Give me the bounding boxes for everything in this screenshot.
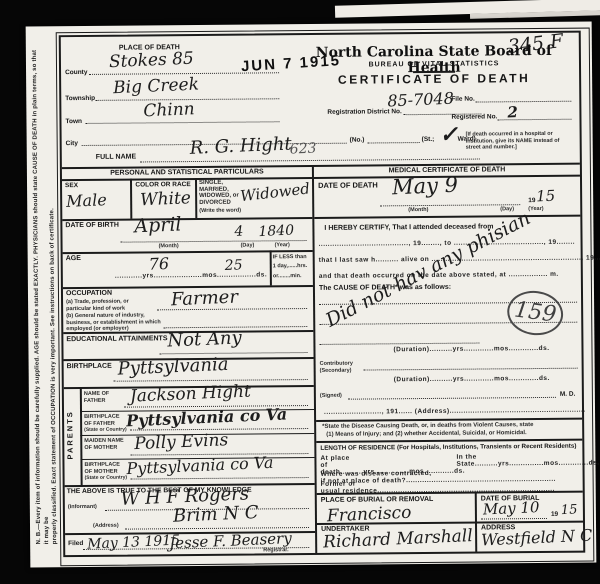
personal-section-title: PERSONAL AND STATISTICAL PARTICULARS xyxy=(62,168,312,178)
township-value: Big Creek xyxy=(113,74,200,98)
certify-top-rule xyxy=(314,215,580,219)
dob-year-caption: (Year) xyxy=(275,242,290,248)
occupation-a-label: (a) Trade, profession, or particular kin… xyxy=(66,298,154,312)
dob-label: DATE OF BIRTH xyxy=(65,222,119,230)
dod-line xyxy=(380,203,520,206)
sex-label: SEX xyxy=(65,182,78,190)
filed-label: Filed xyxy=(68,540,83,548)
address-191-line: ........................., 191...... (Ad… xyxy=(324,407,586,416)
city-no-marker: (No.) xyxy=(350,137,365,145)
registrar-label: Registrar. xyxy=(263,547,288,554)
father-bp-sub: (State or Country) xyxy=(84,427,127,434)
county-label: County xyxy=(65,69,87,77)
cause-code-pencil: 159 xyxy=(505,288,566,339)
mother-bp-value: Pyttsylvania co Va xyxy=(126,453,274,478)
dod-year-caption: (Year) xyxy=(528,206,543,212)
father-name-label: NAME OF FATHER xyxy=(84,391,122,404)
color-divider xyxy=(195,178,197,218)
burial-year-print: 19 xyxy=(551,511,558,519)
mother-bp-label: BIRTHPLACE OF MOTHER xyxy=(84,462,128,475)
cause-line-3 xyxy=(319,342,479,345)
full-name-value: R. G. Hight xyxy=(189,133,292,158)
one-day-label: 1 day,......hrs. xyxy=(273,263,308,270)
age-top-rule xyxy=(63,250,313,254)
dob-year-value: 1840 xyxy=(258,223,294,241)
sex-value: Male xyxy=(66,190,107,211)
informant-label: (Informant) xyxy=(68,504,97,511)
secondary-label: (Secondary) xyxy=(320,368,352,375)
if-less-divider xyxy=(270,250,272,285)
town-value: Chinn xyxy=(143,99,195,121)
occupation-b-label: (b) General nature of industry, business… xyxy=(66,312,162,332)
occupation-a-value: Farmer xyxy=(171,286,239,310)
residence-title: LENGTH OF RESIDENCE (For Hospitals, Inst… xyxy=(320,443,576,453)
file-no-line xyxy=(475,100,571,103)
dob-day-caption: (Day) xyxy=(241,242,255,248)
dob-month-caption: (Month) xyxy=(159,243,179,249)
informant-address-label: (Address) xyxy=(93,523,119,530)
dod-month-caption: (Month) xyxy=(408,207,428,213)
city-st-marker: (St.; xyxy=(422,136,435,144)
duration1: (Duration)..........yrs.............mos.… xyxy=(393,345,549,353)
education-line xyxy=(159,351,307,354)
burial-date-value: May 10 xyxy=(483,498,540,518)
contributory-label: Contributory xyxy=(320,361,353,368)
undertaker-address-value: Westfield N C xyxy=(481,526,593,550)
signed-label: (Signed) xyxy=(320,393,342,400)
town-label: Town xyxy=(65,118,82,126)
father-bp-label: BIRTHPLACE OF FATHER xyxy=(84,414,128,427)
county-value: Stokes 85 xyxy=(109,49,195,73)
file-no-label: File No. xyxy=(451,96,475,104)
mother-name-label: MAIDEN NAME OF MOTHER xyxy=(84,438,128,451)
occupation-label: OCCUPATION xyxy=(66,290,112,298)
form-border: PLACE OF DEATH JUN 7 1915 345 F County S… xyxy=(56,28,595,567)
dob-top-rule xyxy=(62,217,312,221)
certify-line1: I HEREBY CERTIFY, That I attended deceas… xyxy=(324,223,493,232)
death-certificate-document: N. B.—Every item of information should b… xyxy=(26,22,597,568)
township-label: Township xyxy=(65,95,95,103)
mother-name-value: Polly Evins xyxy=(134,430,229,454)
registered-no-value: 2 xyxy=(507,103,518,121)
dod-day-caption: (Day) xyxy=(500,206,514,212)
dob-day-value: 4 xyxy=(234,223,244,239)
town-line xyxy=(85,120,279,124)
duration2: (Duration)..........yrs.............mos.… xyxy=(394,375,550,383)
full-name-label: FULL NAME xyxy=(96,154,136,162)
birthplace-label: BIRTHPLACE xyxy=(67,363,112,371)
if-less-label: IF LESS than xyxy=(273,254,307,261)
age-days-value: 25 xyxy=(224,257,243,274)
age-label: AGE xyxy=(66,255,81,263)
md-label: M. D. xyxy=(560,391,576,399)
or-min-label: or........min. xyxy=(273,273,302,280)
marital-sub: (Write the word) xyxy=(199,208,241,215)
age-years-value: 76 xyxy=(148,254,169,274)
father-name-value: Jackson Hight xyxy=(129,381,251,406)
birthplace-line xyxy=(114,378,308,382)
registered-no-label: Registered No. xyxy=(451,113,497,121)
burial-year-value: 15 xyxy=(561,502,578,518)
residence-top-rule xyxy=(316,439,582,443)
dod-label: DATE OF DEATH xyxy=(318,181,378,189)
certificate-title: CERTIFICATE OF DEATH xyxy=(289,75,579,85)
footnote-top-rule xyxy=(316,418,582,422)
city-label: City xyxy=(66,140,78,148)
color-value: White xyxy=(140,188,192,210)
dod-year-value: 15 xyxy=(536,187,556,206)
footnote-line2: (1) Means of Injury; and (2) whether Acc… xyxy=(326,430,576,439)
dob-month-value: April xyxy=(134,213,182,237)
reg-district-value: 85-7048 xyxy=(387,89,454,111)
education-value: Not Any xyxy=(167,327,242,351)
dod-value: May 9 xyxy=(392,173,459,200)
full-name-extra: 623 xyxy=(289,140,316,157)
age-units: ............yrs.....................mos.… xyxy=(115,271,267,279)
informant-address-value: Brim N C xyxy=(172,502,258,527)
birthplace-value: Pyttsylvania xyxy=(117,354,229,380)
burial-date-line xyxy=(481,517,547,520)
institution-note: [If death occurred in a hospital or inst… xyxy=(466,131,572,151)
signed-line xyxy=(348,396,556,400)
certificate-form: PLACE OF DEATH JUN 7 1915 345 F County S… xyxy=(59,31,586,558)
dod-year-print: 19 xyxy=(528,197,535,205)
contributory-line xyxy=(364,367,578,371)
parents-label: PARENTS xyxy=(66,395,74,475)
ward-checkmark: ✓ xyxy=(439,121,459,148)
residence-in-state: In the State..........yrs...............… xyxy=(456,453,582,468)
mother-bp-sub: (State or Country) xyxy=(85,475,128,482)
education-label: EDUCATIONAL ATTAINMENTS xyxy=(66,335,167,343)
margin-instructions: N. B.—Every item of information should b… xyxy=(31,44,59,544)
city-line-2 xyxy=(368,141,420,143)
